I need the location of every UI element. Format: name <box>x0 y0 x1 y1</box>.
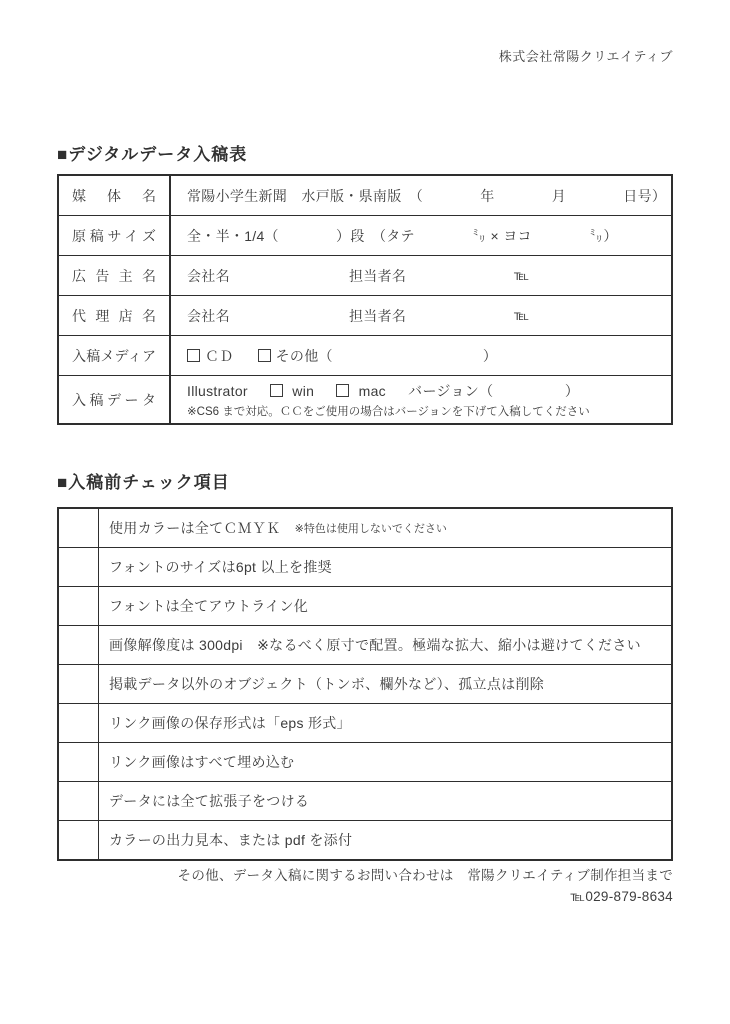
form-row-advertiser: 広告主名 会社名 担当者名 ℡ <box>59 255 671 295</box>
checklist-item-text: リンク画像はすべて埋め込む <box>109 752 294 772</box>
checklist-item-text-cell: 使用カラーは全てＣＭＹＫ ※特色は使用しないでください <box>99 509 671 547</box>
win-option-label: win <box>292 383 314 399</box>
size-label-cell: 原稿サイズ <box>59 216 171 255</box>
agency-tel-label: ℡ <box>514 307 671 324</box>
checklist-row: フォントは全てアウトライン化 <box>59 586 671 625</box>
size-label: 原稿サイズ <box>72 226 156 246</box>
check-cell <box>59 743 99 781</box>
checklist-item-text: 画像解像度は 300dpi ※なるべく原寸で配置。極端な拡大、縮小は避けてくださ… <box>109 635 641 655</box>
checklist-item-text: 使用カラーは全てＣＭＹＫ <box>109 518 281 538</box>
company-name: 株式会社常陽クリエイティブ <box>499 46 673 65</box>
agency-contact-label: 担当者名 <box>349 306 514 326</box>
checklist-item-text: フォントは全てアウトライン化 <box>109 596 308 616</box>
checklist-item-text-cell: フォントは全てアウトライン化 <box>99 587 671 625</box>
version-label: バージョン（ ） <box>408 383 579 399</box>
checklist-item-text: フォントのサイズは6pt 以上を推奨 <box>109 557 332 577</box>
submission-form-table: 媒体名 常陽小学生新聞 水戸版・県南版 （ 年 月 日号） 原稿サイズ 全・半・… <box>57 174 673 425</box>
checklist-table: 使用カラーは全てＣＭＹＫ ※特色は使用しないでください フォントのサイズは6pt… <box>57 507 673 861</box>
checklist-item-text: 掲載データ以外のオブジェクト（トンボ、欄外など）、孤立点は削除 <box>109 674 544 694</box>
other-paren-close: ） <box>483 346 497 366</box>
data-label: 入稿データ <box>72 390 156 410</box>
advertiser-value-cell: 会社名 担当者名 ℡ <box>171 256 671 295</box>
form-row-agency: 代理店名 会社名 担当者名 ℡ <box>59 295 671 335</box>
check-cell <box>59 704 99 742</box>
check-cell <box>59 782 99 820</box>
advertiser-company-label: 会社名 <box>187 266 349 286</box>
form-row-size: 原稿サイズ 全・半・1/4（ ）段 （タテ ㍉ × ヨコ ㍉） <box>59 215 671 255</box>
check-cell <box>59 509 99 547</box>
win-checkbox-icon <box>270 384 283 397</box>
data-label-cell: 入稿データ <box>59 376 171 423</box>
checklist-row: 使用カラーは全てＣＭＹＫ ※特色は使用しないでください <box>59 509 671 547</box>
checklist-row: フォントのサイズは6pt 以上を推奨 <box>59 547 671 586</box>
size-value-cell: 全・半・1/4（ ）段 （タテ ㍉ × ヨコ ㍉） <box>171 216 671 255</box>
checklist-heading: ■入稿前チェック項目 <box>57 468 230 493</box>
mac-checkbox-icon <box>336 384 349 397</box>
checklist-item-text-cell: リンク画像の保存形式は「eps 形式」 <box>99 704 671 742</box>
advertiser-label: 広告主名 <box>72 266 156 286</box>
illustrator-label: Illustrator <box>187 383 248 399</box>
mac-option-label: mac <box>359 383 386 399</box>
checklist-item-text: データには全て拡張子をつける <box>109 791 309 811</box>
checklist-item-text-cell: カラーの出力見本、または pdf を添付 <box>99 821 671 859</box>
check-cell <box>59 548 99 586</box>
checklist-item-note: ※特色は使用しないでください <box>295 520 447 536</box>
advertiser-label-cell: 広告主名 <box>59 256 171 295</box>
media-value: 常陽小学生新聞 水戸版・県南版 （ 年 月 日号） <box>187 186 666 206</box>
checklist-item-text-cell: 掲載データ以外のオブジェクト（トンボ、欄外など）、孤立点は削除 <box>99 665 671 703</box>
checklist-row: リンク画像の保存形式は「eps 形式」 <box>59 703 671 742</box>
other-checkbox-icon <box>258 349 271 362</box>
checklist-row: カラーの出力見本、または pdf を添付 <box>59 820 671 859</box>
checklist-item-text-cell: リンク画像はすべて埋め込む <box>99 743 671 781</box>
media-type-value-cell: ＣＤ その他（ ） <box>171 336 671 375</box>
agency-company-label: 会社名 <box>187 306 349 326</box>
data-line1: Illustrator win mac バージョン（ ） <box>187 381 579 401</box>
size-value: 全・半・1/4（ ）段 （タテ ㍉ × ヨコ ㍉） <box>187 226 618 246</box>
cd-checkbox-icon <box>187 349 200 362</box>
form-row-data: 入稿データ Illustrator win mac バージョン（ ） ※CS6 … <box>59 375 671 423</box>
checklist-row: データには全て拡張子をつける <box>59 781 671 820</box>
checklist-row: 掲載データ以外のオブジェクト（トンボ、欄外など）、孤立点は削除 <box>59 664 671 703</box>
footer-contact-line: その他、データ入稿に関するお問い合わせは 常陽クリエイティブ制作担当まで <box>178 866 673 887</box>
agency-value-cell: 会社名 担当者名 ℡ <box>171 296 671 335</box>
checklist-item-text-cell: 画像解像度は 300dpi ※なるべく原寸で配置。極端な拡大、縮小は避けてくださ… <box>99 626 671 664</box>
media-label-cell: 媒体名 <box>59 176 171 215</box>
advertiser-contact-label: 担当者名 <box>349 266 514 286</box>
checklist-item-text: リンク画像の保存形式は「eps 形式」 <box>109 713 351 733</box>
check-cell <box>59 626 99 664</box>
checklist-item-text-cell: フォントのサイズは6pt 以上を推奨 <box>99 548 671 586</box>
other-option-label: その他（ <box>276 346 333 366</box>
form-row-media-type: 入稿メディア ＣＤ その他（ ） <box>59 335 671 375</box>
checklist-item-text: カラーの出力見本、または pdf を添付 <box>109 830 352 850</box>
media-type-label-cell: 入稿メディア <box>59 336 171 375</box>
check-cell <box>59 587 99 625</box>
document-page: 株式会社常陽クリエイティブ ■デジタルデータ入稿表 媒体名 常陽小学生新聞 水戸… <box>0 0 730 1024</box>
cd-option-label: ＣＤ <box>205 346 234 366</box>
media-type-label: 入稿メディア <box>72 346 156 366</box>
footer: その他、データ入稿に関するお問い合わせは 常陽クリエイティブ制作担当まで ℡02… <box>178 866 673 908</box>
media-label: 媒体名 <box>72 186 156 206</box>
form-row-media: 媒体名 常陽小学生新聞 水戸版・県南版 （ 年 月 日号） <box>59 176 671 215</box>
media-value-cell: 常陽小学生新聞 水戸版・県南版 （ 年 月 日号） <box>171 176 671 215</box>
checklist-row: 画像解像度は 300dpi ※なるべく原寸で配置。極端な拡大、縮小は避けてくださ… <box>59 625 671 664</box>
checklist-row: リンク画像はすべて埋め込む <box>59 742 671 781</box>
check-cell <box>59 665 99 703</box>
submission-form-heading: ■デジタルデータ入稿表 <box>57 140 247 165</box>
advertiser-tel-label: ℡ <box>514 267 671 284</box>
agency-label: 代理店名 <box>72 306 156 326</box>
data-value-cell: Illustrator win mac バージョン（ ） ※CS6 まで対応。Ｃ… <box>171 376 671 423</box>
footer-tel-line: ℡029-879-8634 <box>178 887 673 908</box>
data-note: ※CS6 まで対応。ＣＣをご使用の場合はバージョンを下げて入稿してください <box>187 403 590 419</box>
agency-label-cell: 代理店名 <box>59 296 171 335</box>
checklist-item-text-cell: データには全て拡張子をつける <box>99 782 671 820</box>
check-cell <box>59 821 99 859</box>
